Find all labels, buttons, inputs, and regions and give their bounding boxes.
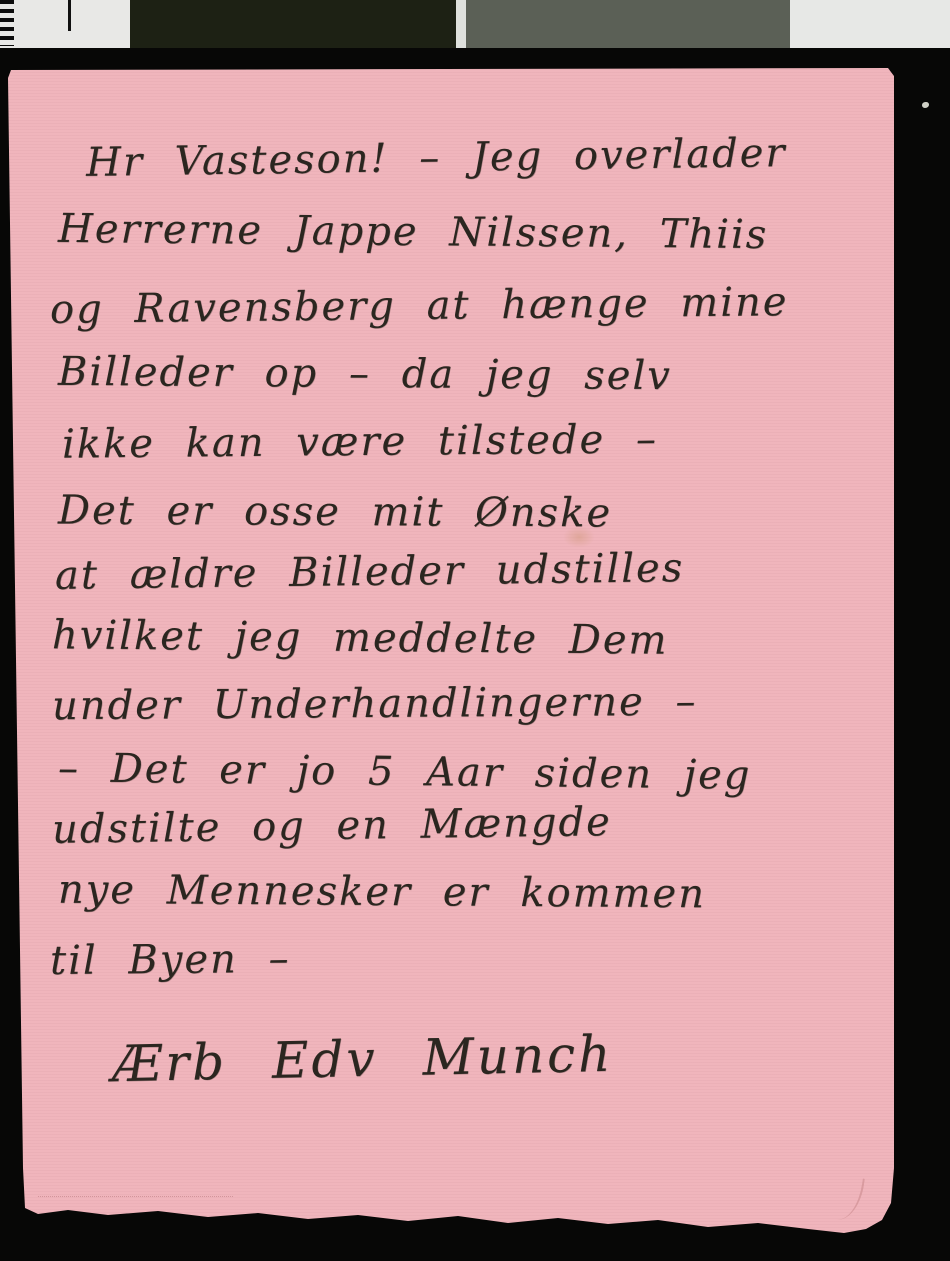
- calibration-strip: [0, 0, 950, 48]
- handwritten-line: ikke kan være tilstede –: [62, 419, 658, 464]
- calibration-patch-dark: [130, 0, 456, 48]
- calibration-patch-gray: [466, 0, 790, 48]
- handwritten-line: at ældre Billeder udstilles: [55, 548, 685, 596]
- scan-background: Hr Vasteson! – Jeg overlader Herrerne Ja…: [0, 0, 950, 1261]
- handwritten-line: Billeder op – da jeg selv: [58, 352, 672, 396]
- handwritten-line: Herrerne Jappe Nilssen, Thiis: [58, 209, 769, 255]
- grayscale-ruler: [0, 0, 130, 48]
- handwritten-line: under Underhandlingerne –: [52, 682, 698, 727]
- handwritten-line: – Det er jo 5 Aar siden jeg: [58, 748, 752, 795]
- letter-paper: Hr Vasteson! – Jeg overlader Herrerne Ja…: [8, 68, 894, 1234]
- handwritten-line: til Byen –: [50, 939, 291, 981]
- calibration-patch-white: [790, 0, 950, 48]
- handwritten-text-block: Hr Vasteson! – Jeg overlader Herrerne Ja…: [8, 68, 894, 1234]
- handwritten-line: Det er osse mit Ønske: [58, 491, 612, 534]
- handwritten-line: og Ravensberg at hænge mine: [50, 282, 789, 330]
- handwritten-line: udstilte og en Mængde: [52, 802, 612, 850]
- calibration-patch-divider: [456, 0, 466, 48]
- ruler-tick-marks: [0, 0, 14, 46]
- dust-speck: [922, 102, 929, 108]
- handwritten-line: hvilket jeg meddelte Dem: [52, 615, 669, 660]
- registration-line: [68, 0, 71, 31]
- handwritten-line: Hr Vasteson! – Jeg overlader: [86, 133, 787, 183]
- signature-line: Ærb Edv Munch: [112, 1029, 614, 1089]
- handwritten-line: nye Mennesker er kommen: [58, 870, 706, 915]
